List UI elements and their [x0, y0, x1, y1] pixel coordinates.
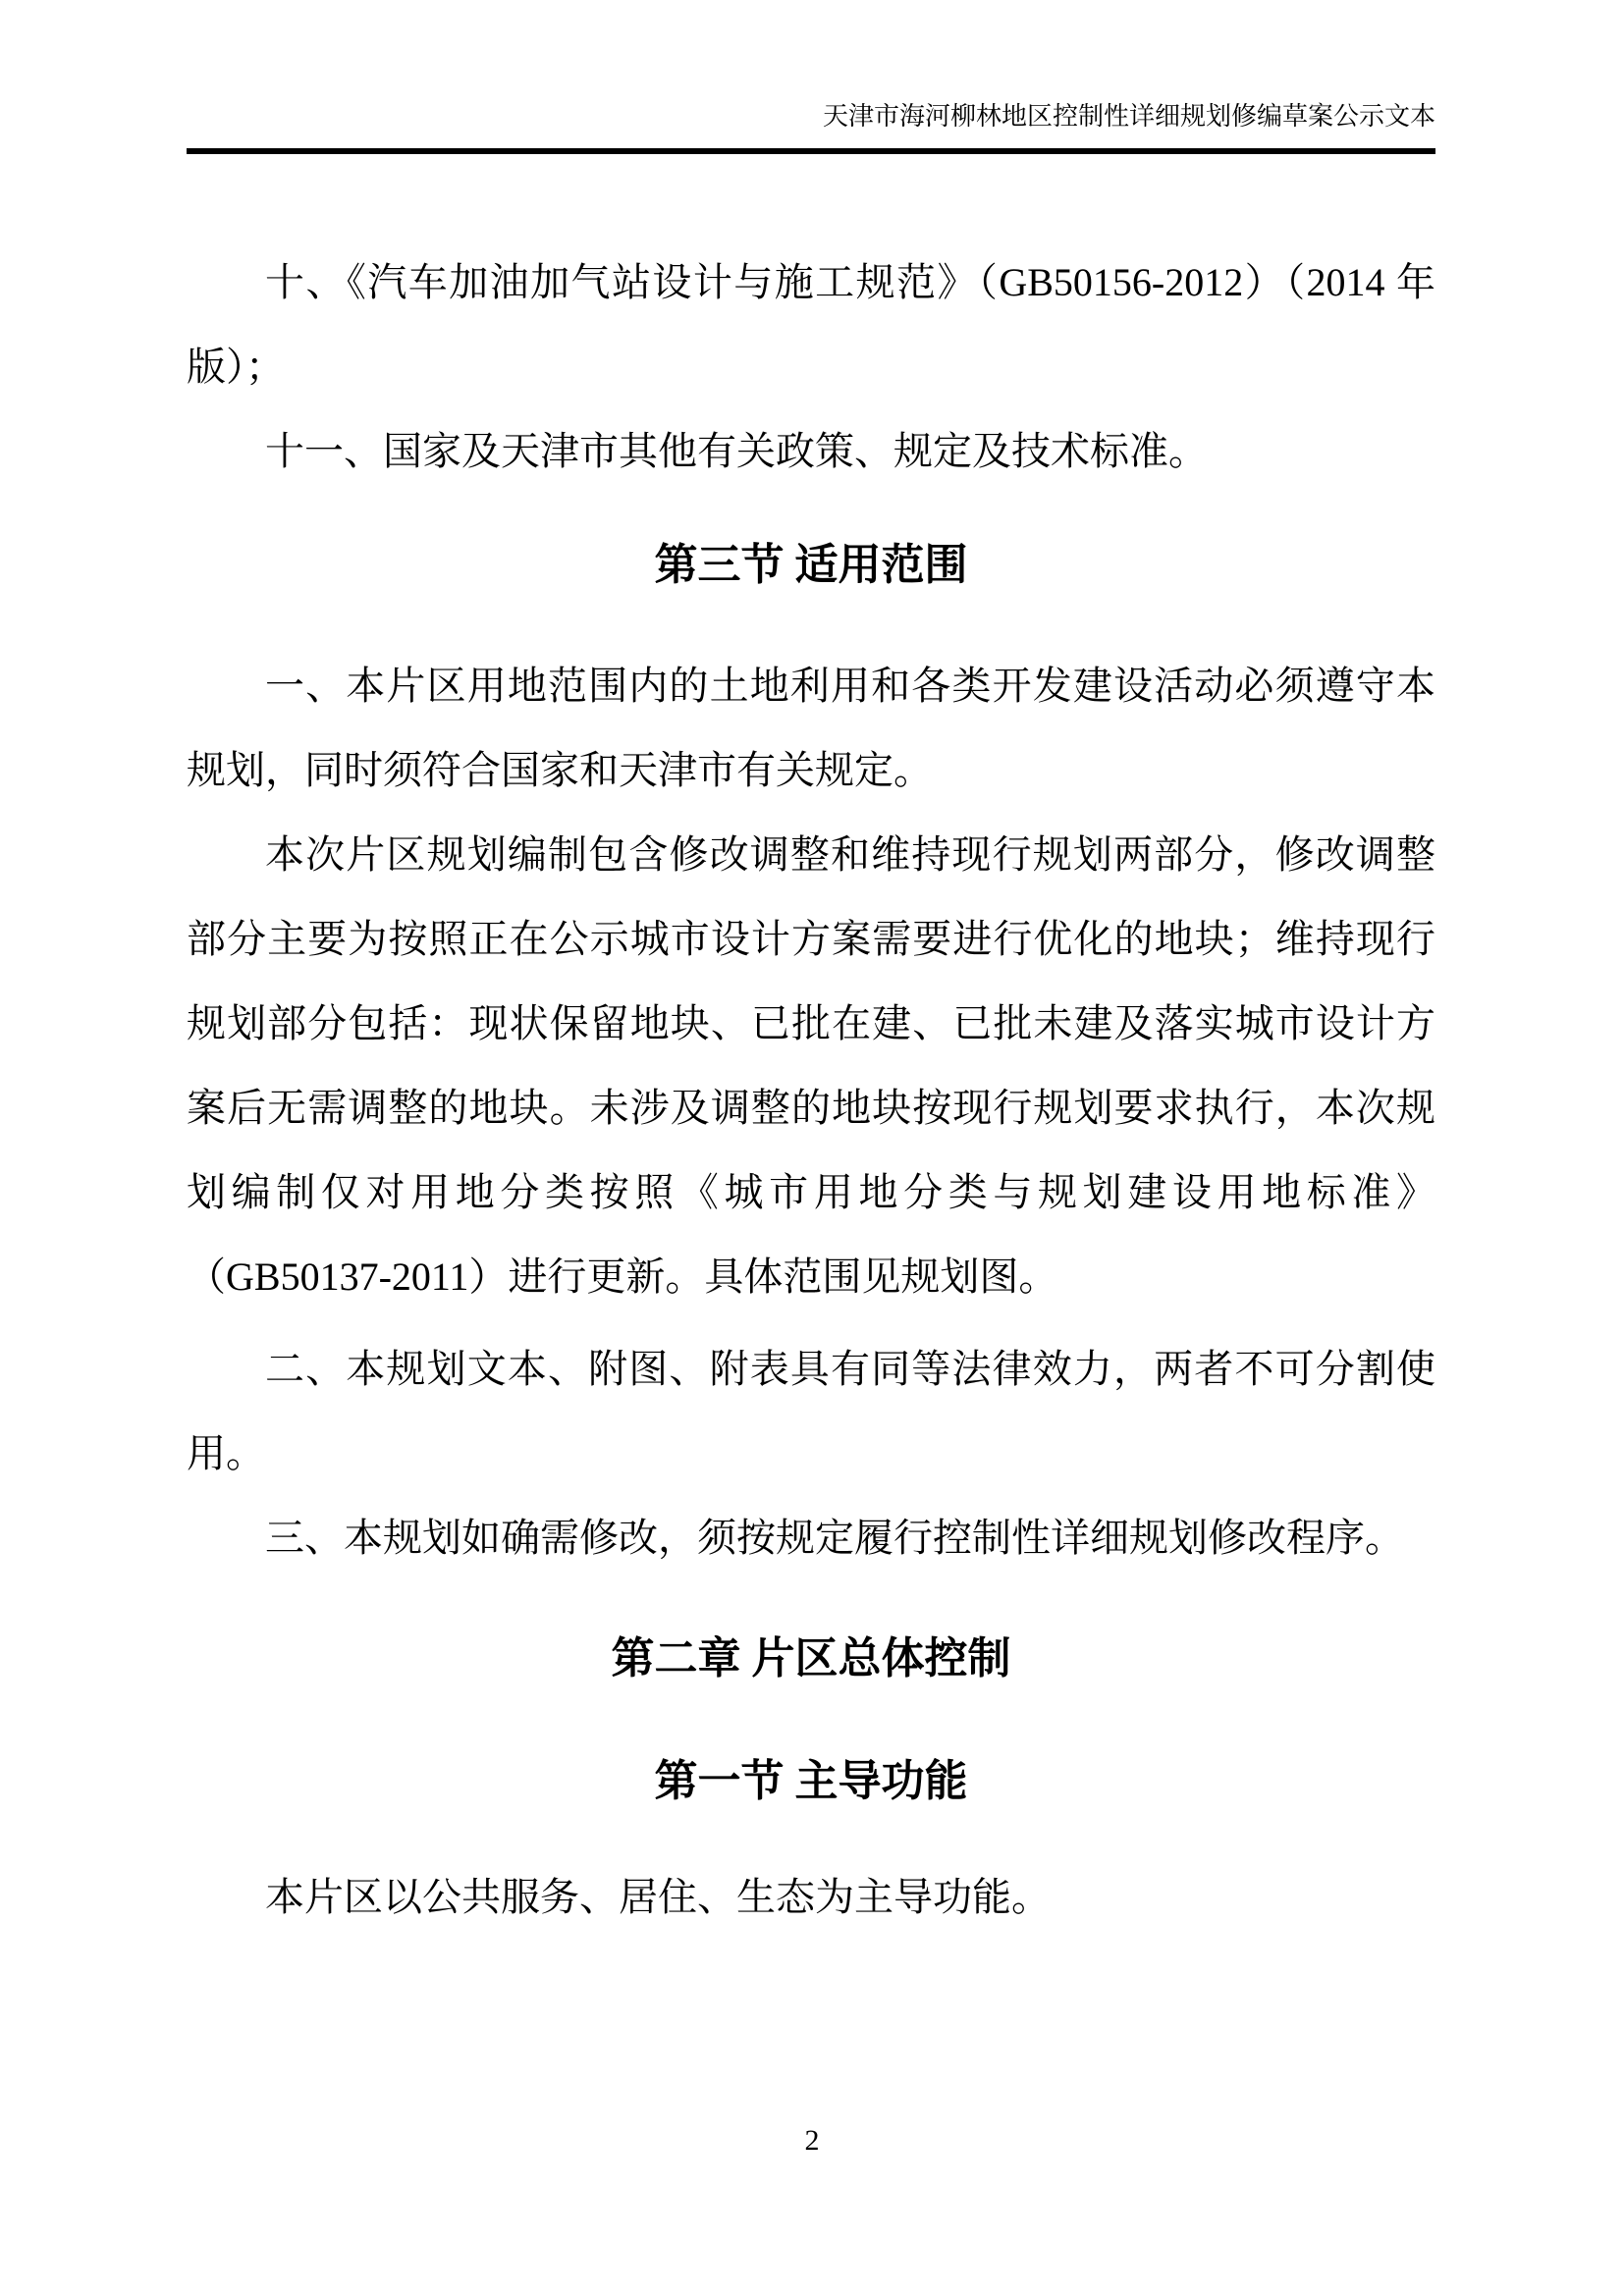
chapter-2-heading: 第二章 片区总体控制 [187, 1629, 1435, 1688]
list-item-11: 十一、国家及天津市其他有关政策、规定及技术标准。 [187, 409, 1435, 494]
clause-1: 一、本片区用地范围内的土地利用和各类开发建设活动必须遵守本规划，同时须符合国家和… [187, 644, 1435, 813]
document-page: 天津市海河柳林地区控制性详细规划修编草案公示文本 十、《汽车加油加气站设计与施工… [0, 0, 1624, 2296]
document-body: 十、《汽车加油加气站设计与施工规范》（GB50156-2012）（2014 年版… [187, 154, 1435, 1940]
function-statement: 本片区以公共服务、居住、生态为主导功能。 [187, 1855, 1435, 1940]
clause-2: 二、本规划文本、附图、附表具有同等法律效力，两者不可分割使用。 [187, 1327, 1435, 1496]
list-item-10: 十、《汽车加油加气站设计与施工规范》（GB50156-2012）（2014 年版… [187, 240, 1435, 409]
page-number: 2 [0, 2123, 1624, 2159]
clause-3: 三、本规划如确需修改，须按规定履行控制性详细规划修改程序。 [187, 1496, 1435, 1580]
section-1-heading: 第一节 主导功能 [187, 1752, 1435, 1811]
page-header-title: 天津市海河柳林地区控制性详细规划修编草案公示文本 [187, 100, 1435, 142]
section-3-heading: 第三节 适用范围 [187, 536, 1435, 595]
clause-1-detail: 本次片区规划编制包含修改调整和维持现行规划两部分，修改调整部分主要为按照正在公示… [187, 813, 1435, 1319]
